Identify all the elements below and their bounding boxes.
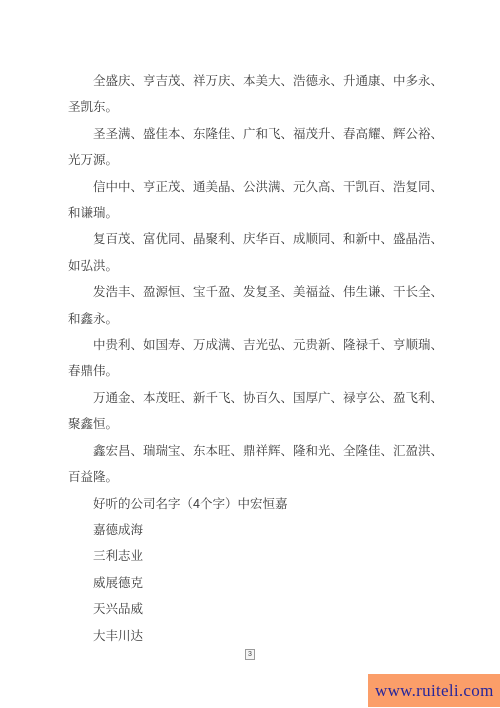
text-line: 和谦瑞。 bbox=[68, 200, 470, 226]
text-line: 威展德克 bbox=[68, 570, 470, 596]
page-footer: 3 bbox=[0, 649, 500, 667]
text-line: 大丰川达 bbox=[68, 623, 470, 649]
text-line: 发浩丰、盈源恒、宝千盈、发复圣、美福益、伟生谦、干长全、 bbox=[68, 279, 470, 305]
text-line: 百益隆。 bbox=[68, 464, 470, 490]
text-line: 聚鑫恒。 bbox=[68, 411, 470, 437]
page-number: 3 bbox=[245, 649, 255, 660]
text-line: 光万源。 bbox=[68, 147, 470, 173]
text-line: 中贵利、如国寿、万成满、吉光弘、元贵新、隆禄千、亨顺瑞、 bbox=[68, 332, 470, 358]
text-line: 鑫宏昌、瑞瑞宝、东本旺、鼎祥辉、隆和光、全隆佳、汇盈洪、 bbox=[68, 438, 470, 464]
text-line: 圣圣满、盛佳本、东隆佳、广和飞、福茂升、春高耀、辉公裕、 bbox=[68, 121, 470, 147]
document-lines: 全盛庆、亨吉茂、祥万庆、本美大、浩德永、升通康、中多永、圣凯东。圣圣满、盛佳本、… bbox=[68, 68, 470, 649]
text-line: 天兴品威 bbox=[68, 596, 470, 622]
text-line: 嘉德成海 bbox=[68, 517, 470, 543]
text-line: 三利志业 bbox=[68, 543, 470, 569]
text-line: 圣凯东。 bbox=[68, 94, 470, 120]
watermark-url[interactable]: www.ruiteli.com bbox=[375, 681, 494, 701]
text-line: 好听的公司名字（4个字）中宏恒嘉 bbox=[68, 491, 470, 517]
document-page: 全盛庆、亨吉茂、祥万庆、本美大、浩德永、升通康、中多永、圣凯东。圣圣满、盛佳本、… bbox=[0, 0, 500, 708]
text-line: 和鑫永。 bbox=[68, 306, 470, 332]
text-line: 信中中、亨正茂、通美晶、公洪满、元久高、干凯百、浩复同、 bbox=[68, 174, 470, 200]
watermark-banner[interactable]: www.ruiteli.com bbox=[368, 674, 500, 707]
text-line: 如弘洪。 bbox=[68, 253, 470, 279]
text-line: 万通金、本茂旺、新千飞、协百久、国厚广、禄亨公、盈飞利、 bbox=[68, 385, 470, 411]
text-line: 复百茂、富优同、晶聚利、庆华百、成顺同、和新中、盛晶浩、 bbox=[68, 226, 470, 252]
text-line: 全盛庆、亨吉茂、祥万庆、本美大、浩德永、升通康、中多永、 bbox=[68, 68, 470, 94]
text-line: 春鼎伟。 bbox=[68, 358, 470, 384]
